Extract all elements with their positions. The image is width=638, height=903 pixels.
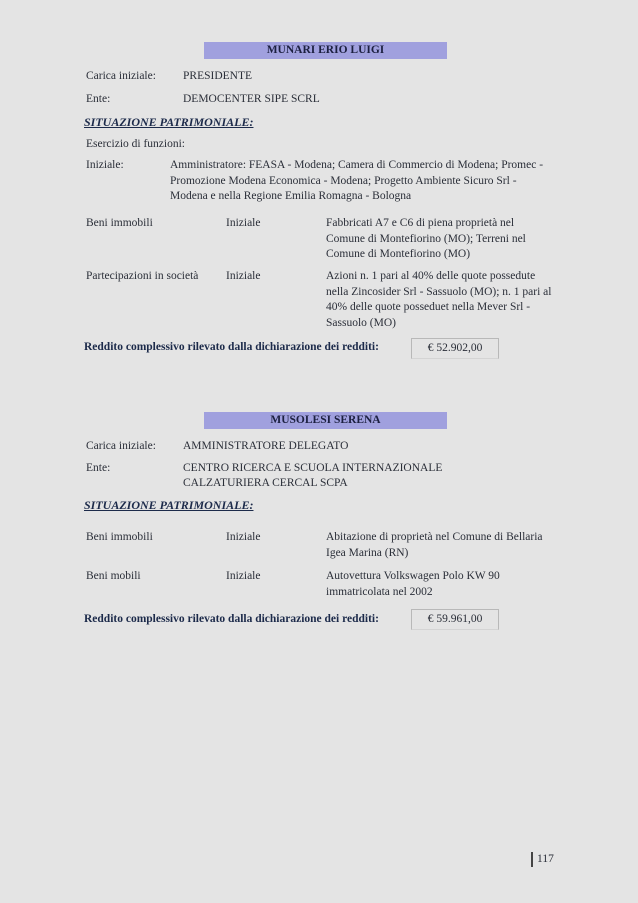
asset-description: Autovettura Volkswagen Polo KW 90 immatr… [326, 569, 500, 600]
text-line: Amministratore: FEASA - Modena; Camera d… [170, 158, 543, 174]
income-label: Reddito complessivo rilevato dalla dichi… [84, 341, 379, 353]
income-label: Reddito complessivo rilevato dalla dichi… [84, 613, 379, 625]
page-number: 117 [531, 852, 554, 867]
asset-status: Iniziale [226, 216, 260, 232]
person-name-header: MUNARI ERIO LUIGI [204, 42, 447, 59]
asset-category: Beni immobili [86, 216, 153, 232]
text-line: CENTRO RICERCA E SCUOLA INTERNAZIONALE [183, 461, 442, 476]
text-line: Azioni n. 1 pari al 40% delle quote poss… [326, 269, 552, 285]
text-line: Igea Marina (RN) [326, 546, 543, 562]
ente-label: Ente: [86, 462, 110, 474]
asset-status: Iniziale [226, 569, 260, 585]
ente-label: Ente: [86, 93, 110, 105]
esercizio-label: Esercizio di funzioni: [86, 138, 185, 150]
carica-value: AMMINISTRATORE DELEGATO [183, 439, 348, 454]
income-value: € 52.902,00 [411, 338, 499, 359]
asset-status: Iniziale [226, 269, 260, 285]
asset-description: Fabbricati A7 e C6 di piena proprietà ne… [326, 216, 526, 263]
asset-description: Azioni n. 1 pari al 40% delle quote poss… [326, 269, 552, 331]
asset-description: Abitazione di proprietà nel Comune di Be… [326, 530, 543, 561]
person-name-header: MUSOLESI SERENA [204, 412, 447, 429]
document-page: MUNARI ERIO LUIGI Carica iniziale: PRESI… [0, 0, 638, 903]
text-line: CALZATURIERA CERCAL SCPA [183, 476, 442, 491]
ente-value: DEMOCENTER SIPE SCRL [183, 92, 320, 107]
asset-category: Beni mobili [86, 569, 141, 585]
iniziale-label: Iniziale: [86, 159, 124, 171]
text-line: immatricolata nel 2002 [326, 585, 500, 601]
iniziale-roles: Amministratore: FEASA - Modena; Camera d… [170, 158, 543, 205]
text-line: Comune di Montefiorino (MO) [326, 247, 526, 263]
asset-category: Beni immobili [86, 530, 153, 546]
carica-label: Carica iniziale: [86, 440, 156, 452]
text-line: 40% delle quote posseduet nella Mever Sr… [326, 300, 552, 316]
text-line: nella Zincosider Srl - Sassuolo (MO); n.… [326, 285, 552, 301]
text-line: Sassuolo (MO) [326, 316, 552, 332]
text-line: Promozione Modena Economica - Modena; Pr… [170, 174, 543, 190]
text-line: Autovettura Volkswagen Polo KW 90 [326, 569, 500, 585]
text-line: Comune di Montefiorino (MO); Terreni nel [326, 232, 526, 248]
section-title-patrimoniale: SITUAZIONE PATRIMONIALE: [84, 115, 253, 130]
asset-status: Iniziale [226, 530, 260, 546]
ente-value: CENTRO RICERCA E SCUOLA INTERNAZIONALE C… [183, 461, 442, 491]
carica-value: PRESIDENTE [183, 69, 252, 84]
text-line: Modena e nella Regione Emilia Romagna - … [170, 189, 543, 205]
asset-category: Partecipazioni in società [86, 269, 198, 285]
text-line: Abitazione di proprietà nel Comune di Be… [326, 530, 543, 546]
carica-label: Carica iniziale: [86, 70, 156, 82]
text-line: Fabbricati A7 e C6 di piena proprietà ne… [326, 216, 526, 232]
income-value: € 59.961,00 [411, 609, 499, 630]
section-title-patrimoniale: SITUAZIONE PATRIMONIALE: [84, 498, 253, 513]
